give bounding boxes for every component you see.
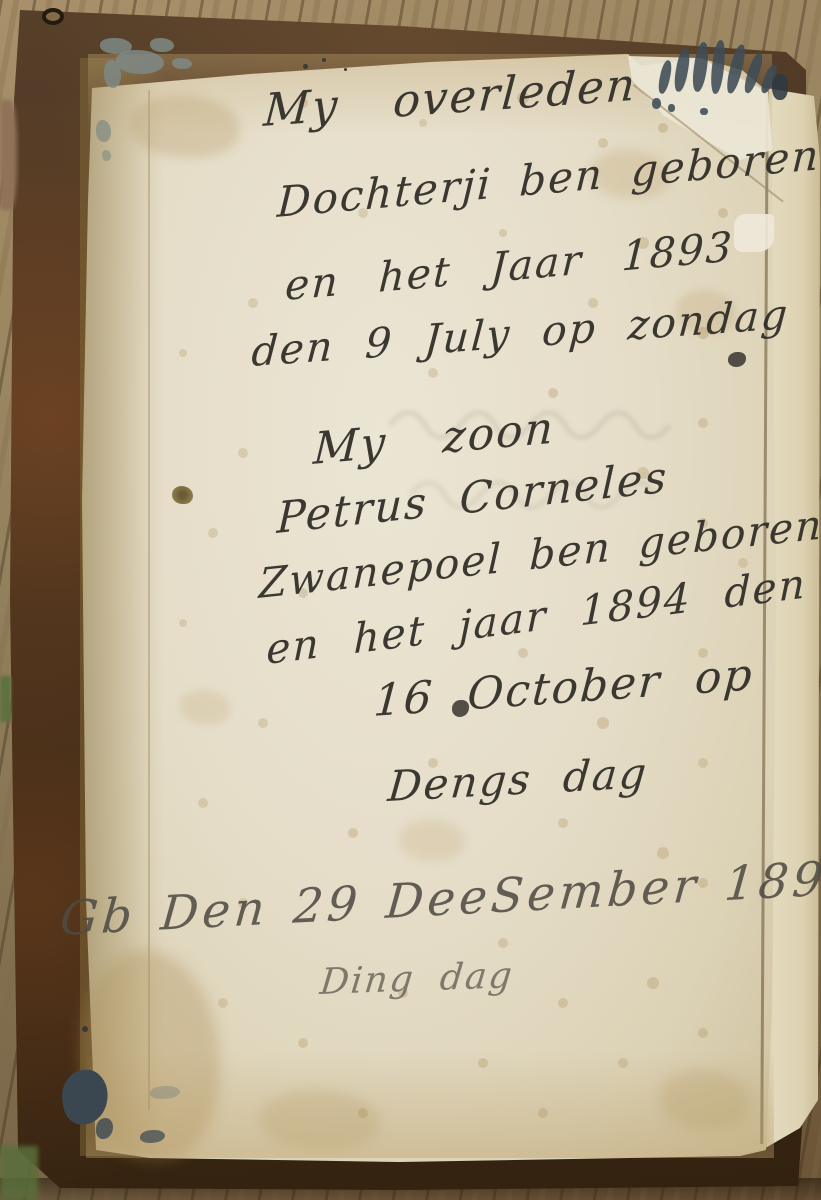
ink-speck <box>82 1026 88 1032</box>
torn-edge-notch <box>734 214 774 252</box>
water-stain <box>180 690 230 724</box>
ink-smudge-dot <box>700 108 708 115</box>
finger-at-edge <box>0 100 17 210</box>
gray-flake-stain <box>104 60 121 88</box>
ink-smudge-dot <box>668 104 675 112</box>
ink-speck <box>344 68 347 71</box>
ink-smudge-dot <box>652 98 661 109</box>
gray-flake-stain <box>116 50 164 74</box>
gray-flake-stain <box>172 58 192 69</box>
green-stain-left <box>0 676 11 722</box>
ink-smudge-tip <box>772 74 788 100</box>
gray-flake-stain <box>102 150 111 161</box>
photo-of-book-flyleaf: My overleden Dochterji ben geboren en he… <box>0 0 821 1200</box>
ink-speck <box>303 64 308 69</box>
dark-foxing-spot <box>172 486 193 504</box>
water-stain <box>400 820 464 860</box>
handwriting-line: Ding dag <box>318 955 516 1003</box>
clasp-ring <box>42 8 64 25</box>
green-stain-bottom-left <box>0 1146 38 1200</box>
gray-flake-stain <box>150 38 174 52</box>
gray-flake-stain <box>96 120 111 142</box>
ink-speck <box>322 58 326 62</box>
